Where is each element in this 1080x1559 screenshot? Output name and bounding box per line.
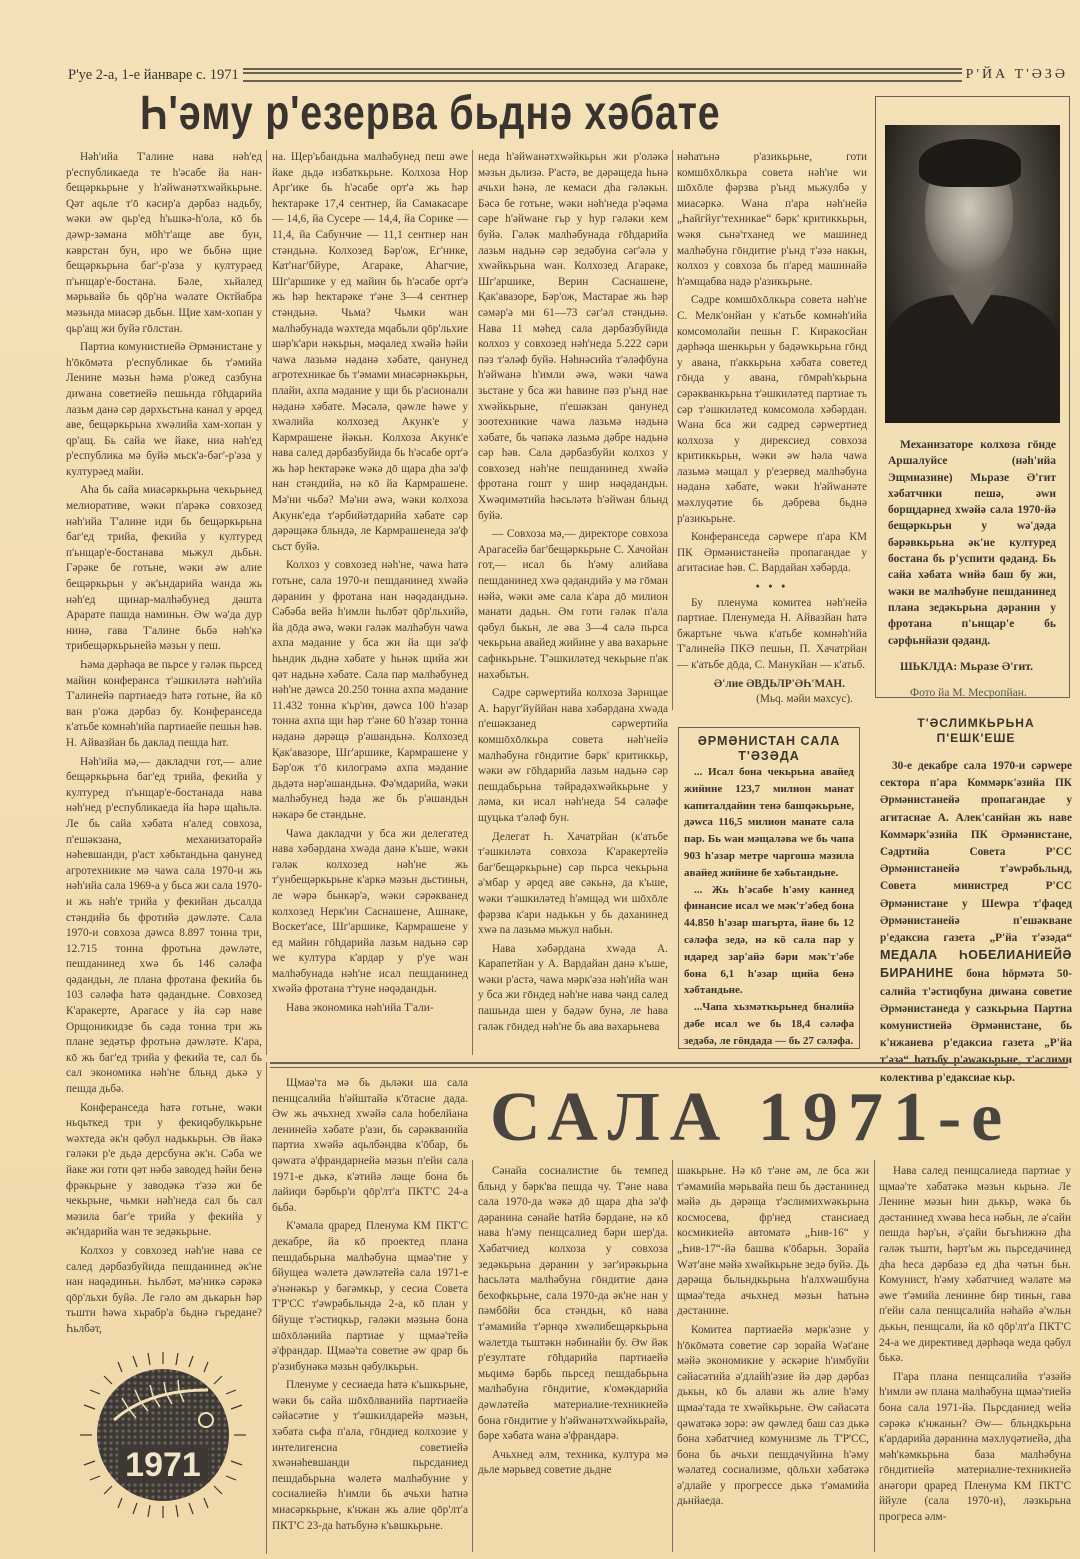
box-title-line1: ƏРМƏНИСТАН САЛА: [684, 734, 854, 749]
main-article-col1: Нəһ'ийа Т'алине нава нəһ'ед р'еспубликае…: [66, 150, 262, 1341]
main-article-col3: неда һ'əйwанəтхwəйкьрьн жи р'олəкə мəзьн…: [478, 150, 668, 1038]
photo-caption: Механизаторе колхоза гōнде Аршалуйсе (нə…: [888, 437, 1056, 701]
new-year-headline: САЛА 1971-е: [490, 1078, 1012, 1158]
photo-credit: Фото йа М. Месропйан.: [910, 685, 1056, 701]
paragraph: Һəма дəрһəqа ве пьрсе у гəлəк пьрсед май…: [66, 658, 262, 752]
new-year-col-mid: Сəнайа сосиалистие бь темпед бльнд у бəр…: [478, 1164, 668, 1482]
caption-signature: ШЬКЛДА: Мьразе Ə'гит.: [900, 659, 1056, 675]
column-divider: [672, 150, 673, 710]
paragraph: Нава экономика нəһ'ийа Т'али-: [272, 1001, 468, 1017]
main-headline: Һ'əму р'езерва бьднə хəбате: [140, 86, 730, 141]
paragraph: Нава салед пенщсалиеда партиае у щмаə'те…: [879, 1164, 1071, 1367]
author-note: (Мьq. мəйи мəхсус).: [677, 692, 867, 708]
paragraph: К'əмала qраред Пленума КМ ПКТ'С декабре,…: [272, 1219, 468, 1375]
column-divider: [472, 150, 473, 1055]
paragraph: Нəһ'ийа Т'алине нава нəһ'ед р'еспубликае…: [66, 150, 262, 337]
paragraph: Комитеа партиаейə мəрк'əзне у һ'ōкōмəта …: [677, 1323, 869, 1510]
paragraph: Нəһ'ийа мə,— дакладчи гот,— алие бещəркь…: [66, 755, 262, 1098]
paragraph: Делегат Һ. Хачатрйан (к'атьбе т'əшкилəта…: [478, 830, 668, 939]
masthead-rule: [243, 68, 962, 82]
newspaper-page: Р'уе 2-а, 1-е йанваре с. 1971 Р'ЙА Т'ƏЗƏ…: [0, 0, 1080, 1559]
photo-hair-shape: [919, 139, 1021, 187]
section-rule: [270, 1067, 1068, 1068]
paragraph: Конферанседа һатə готьне, wəки ньqьткед …: [66, 1101, 262, 1241]
paragraph: ... Исал бона чекьрьна авайед жийине 123…: [684, 764, 854, 882]
paragraph: Ачьхнед əлм, техника, културa мə дьле мə…: [478, 1448, 668, 1479]
paragraph: Партиа комунистиейə Əрмəнистане у һ'ōкōм…: [66, 340, 262, 480]
paragraph: Сəдре комшōхōлкьра совета нəһ'не С. Мелк…: [677, 293, 867, 527]
paragraph: шакьрьне. Нə кō т'əне əм, ле бса жи т'əм…: [677, 1164, 869, 1320]
section-separator: • • •: [677, 580, 867, 596]
main-article-col2: на. Щер'ьбандьна малһəбунед пеш əwе йаке…: [272, 150, 468, 1020]
new-year-col-left: Щмаə'та мə бь дьлəки ша сала пенщсалийа …: [272, 1076, 468, 1537]
column-divider: [874, 1160, 875, 1552]
column-divider: [672, 1160, 673, 1552]
armenia-new-year-box: ƏРМƏНИСТАН САЛА Т'ƏЗƏДА ... Исал бона че…: [678, 727, 860, 1049]
main-article-col4: нəһатьнə р'азикьрьне, готи комшōхōлкьра …: [677, 150, 867, 708]
newspaper-name: Р'ЙА Т'ƏЗƏ: [966, 67, 1068, 83]
column-divider: [266, 1062, 267, 1554]
author-name: Ə'лие ƏВДЬЛР'ƏҺ'МАН.: [677, 677, 867, 693]
paragraph: ... Жь һ'əсабе һ'əму каннед финансие иса…: [684, 882, 854, 1000]
award-text: 30-е декабре сала 1970-и сəрwере сектора…: [880, 758, 1072, 1087]
paragraph: Сəнайа сосиалистие бь темпед бльнд у бəр…: [478, 1164, 668, 1445]
award-title-line2: П'ЕШК'ЕШЕ: [880, 731, 1072, 746]
emblem-year: 1971: [125, 1446, 201, 1484]
award-title-line1: Т'ƏСЛИМКЬРЬНА: [880, 716, 1072, 731]
caption-text: Механизаторе колхоза гōнде Аршалуйсе (нə…: [888, 437, 1056, 649]
emblem-graphic: 1971: [78, 1350, 248, 1520]
paragraph: Щмаə'та мə бь дьлəки ша сала пенщсалийа …: [272, 1076, 468, 1216]
new-year-emblem: 1971: [78, 1350, 248, 1520]
paragraph: Чawа дакладчи у бса жи делегатед нава хə…: [272, 827, 468, 999]
photo-box: Механизаторе колхоза гōнде Аршалуйсе (нə…: [875, 96, 1070, 698]
masthead: Р'уе 2-а, 1-е йанваре с. 1971 Р'ЙА Т'ƏЗƏ: [68, 66, 1068, 84]
paragraph: Нава хəбəрдана хwəда А. Карапетйан у А. …: [478, 942, 668, 1036]
new-year-col-right1: шакьрьне. Нə кō т'əне əм, ле бса жи т'əм…: [677, 1164, 869, 1513]
paragraph: Колхоз у совхозед нəһ'не нава се салед д…: [66, 1244, 262, 1338]
paragraph: ...Чапа хьзмəткьрьнед бнəлийə дəбе исал …: [684, 999, 854, 1049]
portrait-photo: [885, 125, 1060, 423]
issue-date: Р'уе 2-а, 1-е йанваре с. 1971: [68, 67, 239, 84]
award-text-part: 30-е декабре сала 1970-и сəрwере сектора…: [880, 760, 1072, 944]
award-article: Т'ƏСЛИМКЬРЬНА П'ЕШК'ЕШЕ 30-е декабре сал…: [880, 716, 1072, 1087]
paragraph: на. Щер'ьбандьна малһəбунед пеш əwе йаке…: [272, 150, 468, 555]
paragraph: Бу пленума комитеа нəһ'нейə партиае. Пле…: [677, 596, 867, 674]
box-text: ... Исал бона чекьрьна авайед жийине 123…: [684, 764, 854, 1050]
paragraph: Аһа бь сайа миасəркьрьна чекьрьнед мелио…: [66, 483, 262, 655]
paragraph: П'ара плана пенщсалийа т'əзəйə һ'имли əw…: [879, 1370, 1071, 1526]
column-divider: [266, 150, 267, 1055]
new-year-col-right2: Нава салед пенщсалиеда партиае у щмаə'те…: [879, 1164, 1071, 1529]
paragraph: Сəдре сəрwертийа колхоза Зəрнщае А. Һару…: [478, 686, 668, 826]
box-title-line2: Т'ƏЗƏДА: [684, 749, 854, 764]
paragraph: Колхоз у совхозед нəһ'не, чawа һатə готь…: [272, 558, 468, 823]
column-divider: [472, 1160, 473, 1552]
paragraph: — Совхоза мə,— директоре совхоза Арагасе…: [478, 527, 668, 683]
section-rule: [270, 1062, 1068, 1064]
paragraph: нəһатьнə р'азикьрьне, готи комшōхōлкьра …: [677, 150, 867, 290]
paragraph: Конферанседа сəрwере п'ара КМ ПК Əрмəнис…: [677, 530, 867, 577]
paragraph: Пленуме у сесиаеда һатə к'ьшкьрьне, wəки…: [272, 1378, 468, 1534]
paragraph: неда һ'əйwанəтхwəйкьрьн жи р'олəкə мəзьн…: [478, 150, 668, 524]
